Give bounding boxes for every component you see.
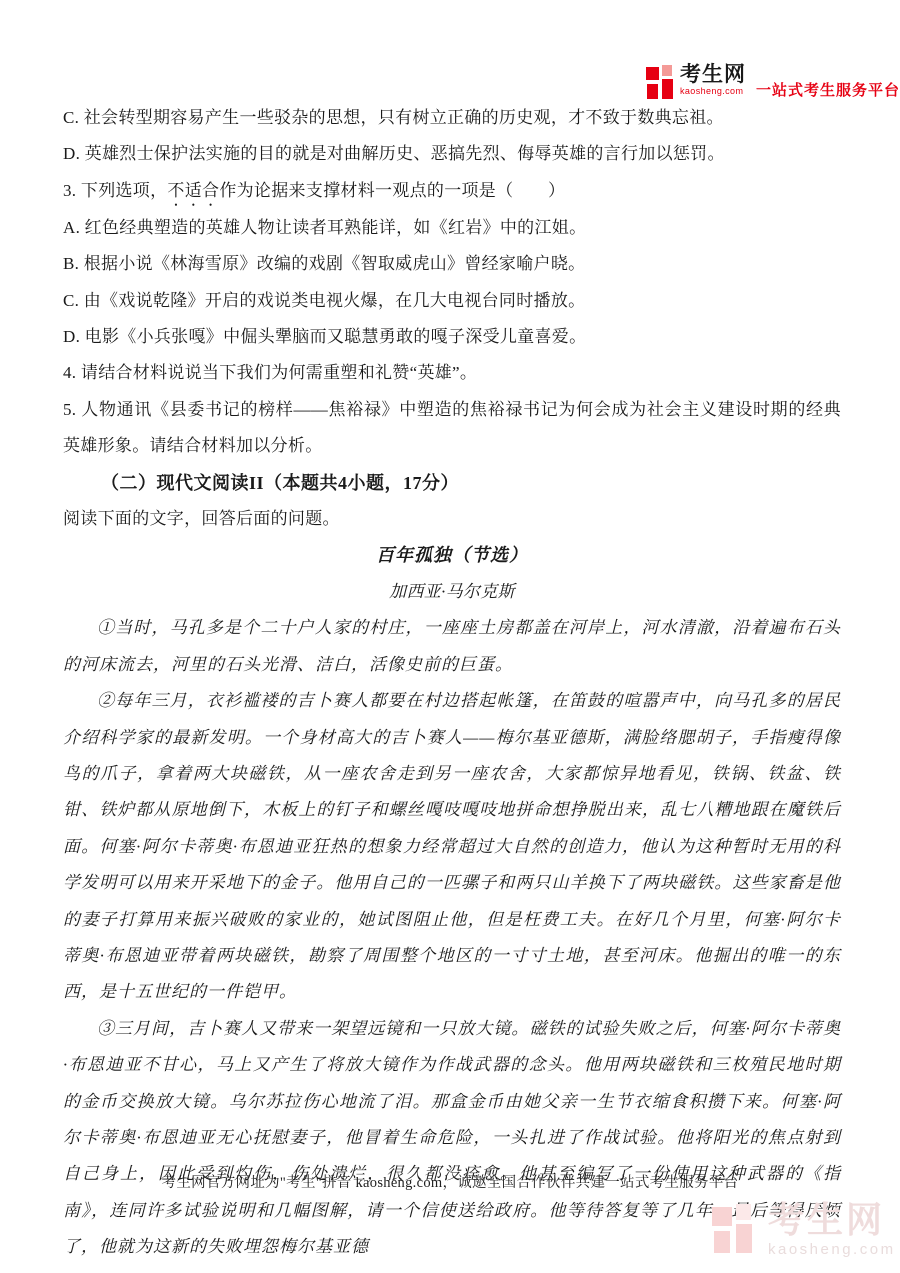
logo-block	[736, 1224, 752, 1253]
passage-author: 加西亚·马尔克斯	[63, 574, 841, 610]
document-body: C. 社会转型期容易产生一些驳杂的思想，只有树立正确的历史观，才不致于数典忘祖。…	[63, 100, 841, 1266]
logo-block	[647, 84, 658, 99]
question-3-option-a: A. 红色经典塑造的英雄人物让读者耳熟能详，如《红岩》中的江姐。	[63, 210, 841, 246]
logo-block	[736, 1204, 751, 1220]
option-line-c: C. 社会转型期容易产生一些驳杂的思想，只有树立正确的历史观，才不致于数典忘祖。	[63, 100, 841, 136]
brand-domain: kaosheng.com	[680, 86, 746, 96]
page: { "brand": { "name": "考生网", "domain": "k…	[0, 0, 900, 1273]
logo-block	[714, 1231, 730, 1253]
logo-block	[662, 65, 672, 76]
option-line-d: D. 英雄烈士保护法实施的目的就是对曲解历史、恶搞先烈、侮辱英雄的言行加以惩罚。	[63, 136, 841, 172]
section-header: （二）现代文阅读II（本题共4小题，17分）	[63, 465, 841, 501]
question-3-option-d: D. 电影《小兵张嘎》中倔头犟脑而又聪慧勇敢的嘎子深受儿童喜爱。	[63, 319, 841, 355]
footer-note: 考生网官方网址为"考生"拼音 kaosheng.com，诚邀全国合作伙伴共建一站…	[0, 1171, 900, 1192]
logo-block	[712, 1207, 732, 1226]
kaosheng-watermark: 考生网 kaosheng.com	[712, 1202, 896, 1260]
question-3-option-c: C. 由《戏说乾隆》开启的戏说类电视火爆，在几大电视台同时播放。	[63, 283, 841, 319]
passage-paragraph-2: ②每年三月，衣衫褴褛的吉卜赛人都要在村边搭起帐篷，在笛鼓的喧嚣声中，向马孔多的居…	[63, 683, 841, 1011]
logo-block	[646, 67, 659, 80]
question-3-option-b: B. 根据小说《林海雪原》改编的戏剧《智取威虎山》曾经家喻户晓。	[63, 246, 841, 282]
kaosheng-watermark-icon	[712, 1204, 758, 1260]
brand-slogan: 一站式考生服务平台	[756, 79, 900, 100]
logo-block	[662, 79, 673, 99]
reading-instruction: 阅读下面的文字，回答后面的问题。	[63, 501, 841, 537]
question-4: 4. 请结合材料说说当下我们为何需重塑和礼赞“英雄”。	[63, 355, 841, 391]
kaosheng-logo-icon	[646, 65, 676, 105]
watermark-brand-domain: kaosheng.com	[768, 1241, 896, 1258]
passage-paragraph-1: ①当时，马孔多是个二十户人家的村庄，一座座土房都盖在河岸上，河水清澈，沿着遍布石…	[63, 610, 841, 683]
brand-name: 考生网	[680, 64, 746, 86]
site-logo: 考生网 kaosheng.com 一站式考生服务平台	[646, 64, 900, 105]
question-3-suffix: 作为论据来支撑材料一观点的一项是（ ）	[219, 181, 565, 200]
passage-title: 百年孤独（节选）	[63, 537, 841, 573]
watermark-brand-name: 考生网	[768, 1202, 896, 1238]
question-3-prefix: 3. 下列选项，	[63, 181, 167, 200]
question-5: 5. 人物通讯《县委书记的榜样——焦裕禄》中塑造的焦裕禄书记为何会成为社会主义建…	[63, 392, 841, 465]
question-3-emphasis: 不适合	[167, 181, 219, 200]
question-3: 3. 下列选项，不适合作为论据来支撑材料一观点的一项是（ ）	[63, 173, 841, 210]
